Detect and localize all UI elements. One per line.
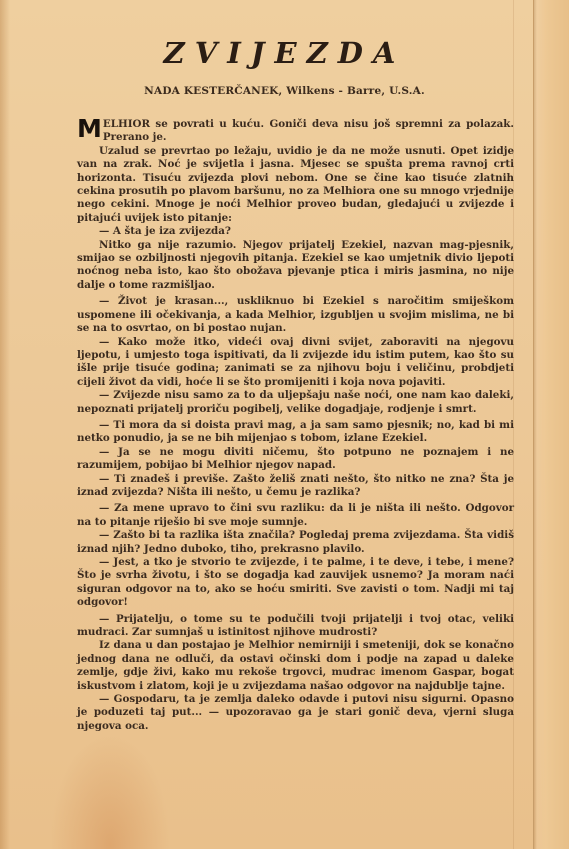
- paragraph: — A šta je iza zvijezda?: [77, 225, 514, 238]
- article-title: ZVIJEZDA: [0, 36, 569, 70]
- article-byline: NADA KESTERČANEK, Wilkens - Barre, U.S.A…: [0, 85, 569, 97]
- paragraph: Uzalud se prevrtao po ležaju, uvidio je …: [77, 145, 514, 225]
- paragraph: Nitko ga nije razumio. Njegov prijatelj …: [77, 239, 514, 293]
- paragraph: — Za mene upravo to čini svu razliku: da…: [77, 502, 514, 529]
- paragraph: — Kako može itko, videći ovaj divni svij…: [77, 336, 514, 390]
- paragraph: — Jest, a tko je stvorio te zvijezde, i …: [77, 556, 514, 610]
- paragraph: — Zvijezde nisu samo za to da uljepšaju …: [77, 389, 514, 416]
- paragraph: Iz dana u dan postajao je Melhior nemirn…: [77, 639, 514, 693]
- paragraph: — Ti mora da si doista pravi mag, a ja s…: [77, 419, 514, 446]
- paragraph: — Život je krasan..., uskliknuo bi Ezeki…: [77, 295, 514, 335]
- drop-cap: M: [77, 119, 102, 139]
- paragraph: — Gospodaru, ta je zemlja daleko odavde …: [77, 693, 514, 733]
- first-paragraph-text: ELHIOR se povrati u kuću. Goniči deva ni…: [103, 118, 514, 143]
- paragraph: — Prijatelju, o tome su te podučili tvoj…: [77, 613, 514, 640]
- article-body: MELHIOR se povrati u kuću. Goniči deva n…: [77, 118, 514, 733]
- paragraph: — Ja se ne mogu diviti ničemu, što potpu…: [77, 446, 514, 473]
- first-paragraph: MELHIOR se povrati u kuću. Goniči deva n…: [77, 118, 514, 145]
- page-fold-edge: [533, 0, 569, 849]
- paragraph: — Ti znadeš i previše. Zašto želiš znati…: [77, 473, 514, 500]
- paragraph: — Zašto bi ta razlika išta značila? Pogl…: [77, 529, 514, 556]
